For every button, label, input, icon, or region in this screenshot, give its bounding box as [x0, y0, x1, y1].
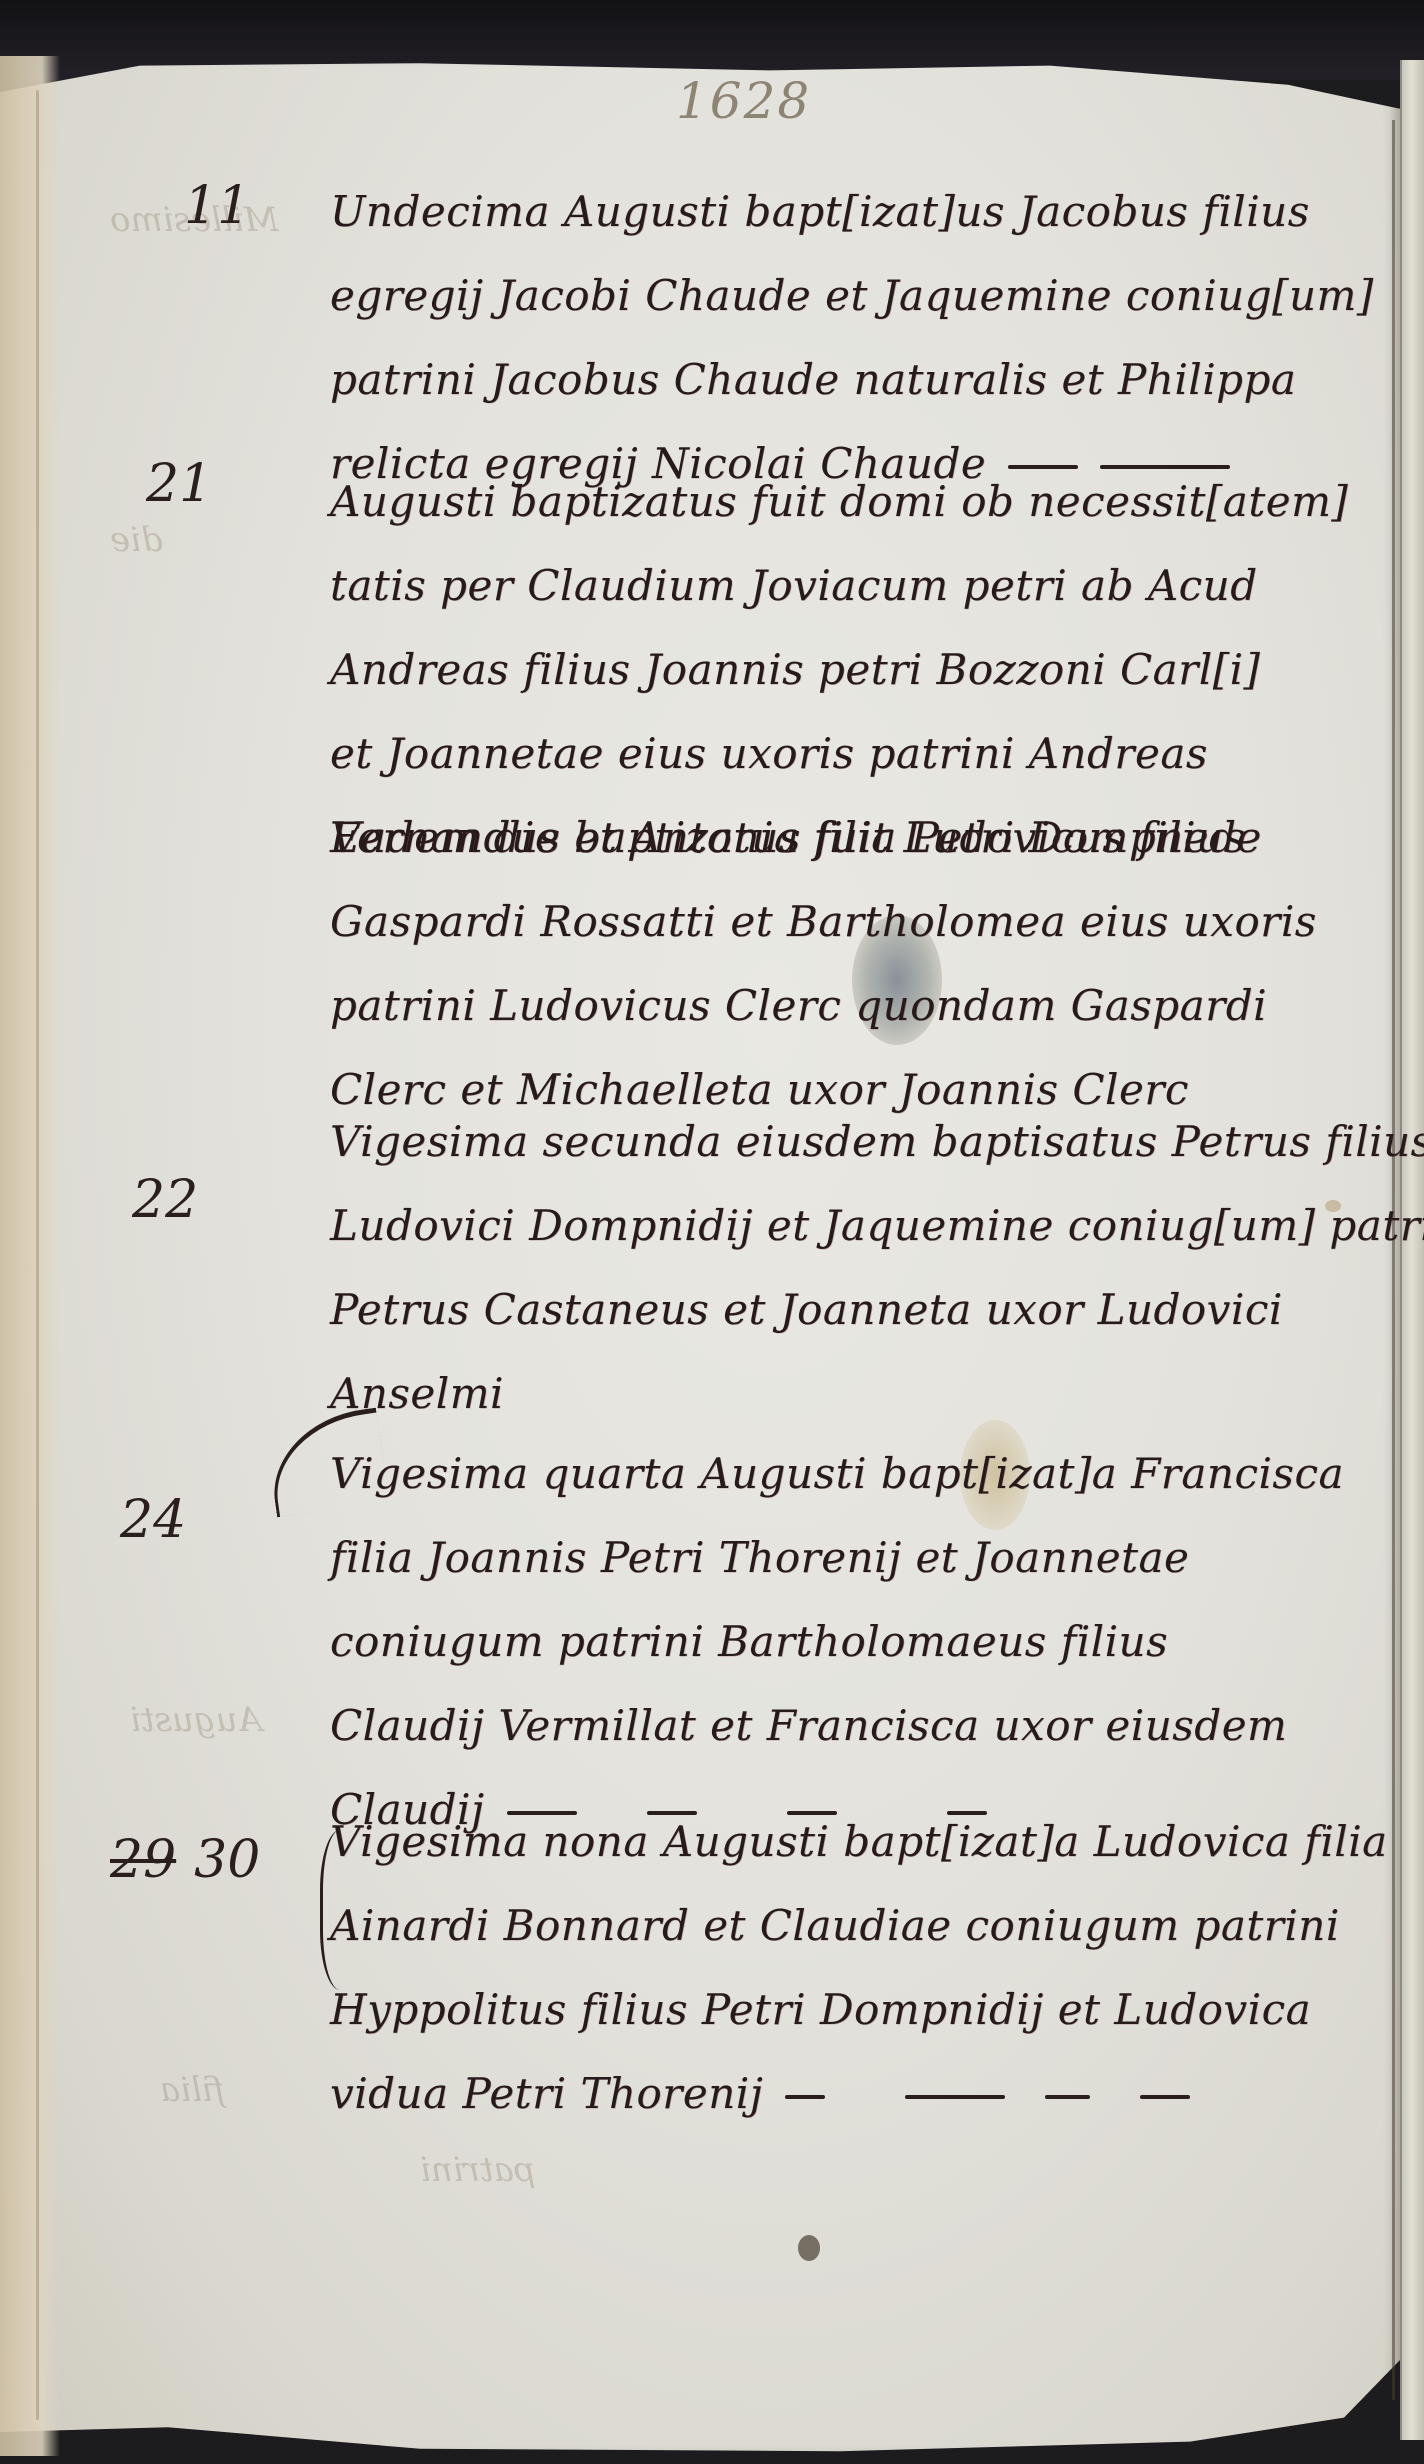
entry-line: Ainardi Bonnard et Claudiae coniugum pat…	[330, 1884, 1370, 1968]
entry-line: Anselmi	[330, 1352, 1370, 1436]
struck-date: 29	[110, 1830, 176, 1890]
entry-line: Petrus Castaneus et Joanneta uxor Ludovi…	[330, 1268, 1370, 1352]
baptism-entry: Vigesima secunda eiusdem baptisatus Petr…	[330, 1100, 1370, 1436]
baptism-entry: Eadem die baptizatus fuit Ludovicus fili…	[330, 796, 1370, 1132]
entry-line-text: vidua Petri Thorenij	[330, 2069, 763, 2118]
page-right-edge	[1392, 120, 1395, 2400]
filler-dash	[785, 2095, 825, 2099]
entry-line: Undecima Augusti bapt[izat]us Jacobus fi…	[330, 170, 1370, 254]
ink-spot	[798, 2235, 820, 2261]
entry-line: Augusti baptizatus fuit domi ob necessit…	[330, 460, 1370, 544]
binding-gutter	[0, 56, 60, 2456]
baptism-entry: Undecima Augusti bapt[izat]us Jacobus fi…	[330, 170, 1370, 506]
bleedthrough-text: filia	[160, 2070, 225, 2110]
entry-line: Andreas filius Joannis petri Bozzoni Car…	[330, 628, 1370, 712]
margin-date: 11	[184, 176, 250, 236]
entry-line: Claudij Vermillat et Francisca uxor eius…	[330, 1684, 1370, 1768]
margin-date: 22	[132, 1170, 198, 1230]
year-header: 1628	[676, 72, 811, 130]
entry-line: Hyppolitus filius Petri Dompnidij et Lud…	[330, 1968, 1370, 2052]
entry-line: coniugum patrini Bartholomaeus filius	[330, 1600, 1370, 1684]
entry-line: filia Joannis Petri Thorenij et Joanneta…	[330, 1516, 1370, 1600]
corrected-date: 30	[194, 1830, 260, 1890]
filler-dash	[1045, 2095, 1090, 2099]
baptism-entry: Vigesima nona Augusti bapt[izat]a Ludovi…	[330, 1800, 1370, 2136]
entry-line: Gaspardi Rossatti et Bartholomea eius ux…	[330, 880, 1370, 964]
filler-dash	[1140, 2095, 1190, 2099]
gutter-crease	[36, 90, 39, 2420]
entry-line: Vigesima secunda eiusdem baptisatus Petr…	[330, 1100, 1370, 1184]
entry-line: Ludovici Dompnidij et Jaquemine coniug[u…	[330, 1184, 1370, 1268]
margin-date: 24	[120, 1490, 186, 1550]
margin-date: 21	[146, 454, 212, 514]
bleedthrough-text: Augusti	[130, 1700, 262, 1740]
entry-line: patrini Ludovicus Clerc quondam Gaspardi	[330, 964, 1370, 1048]
baptism-entry: Vigesima quarta Augusti bapt[izat]a Fran…	[330, 1432, 1370, 1852]
entry-line: Vigesima quarta Augusti bapt[izat]a Fran…	[330, 1432, 1370, 1516]
entry-line: tatis per Claudium Joviacum petri ab Acu…	[330, 544, 1370, 628]
entry-line: Vigesima nona Augusti bapt[izat]a Ludovi…	[330, 1800, 1370, 1884]
entry-line: egregij Jacobi Chaude et Jaquemine coniu…	[330, 254, 1370, 338]
filler-dash	[905, 2095, 1005, 2099]
entry-line: Eadem die baptizatus fuit Ludovicus fili…	[330, 796, 1370, 880]
margin-date-corrected: 2930	[110, 1830, 260, 1890]
bleedthrough-text: die	[110, 520, 163, 560]
entry-line: patrini Jacobus Chaude naturalis et Phil…	[330, 338, 1370, 422]
entry-line: vidua Petri Thorenij	[330, 2052, 1370, 2136]
page-edge-stack	[1400, 60, 1424, 2440]
bleedthrough-text: patrini	[420, 2150, 536, 2190]
entry-line: et Joannetae eius uxoris patrini Andreas	[330, 712, 1370, 796]
